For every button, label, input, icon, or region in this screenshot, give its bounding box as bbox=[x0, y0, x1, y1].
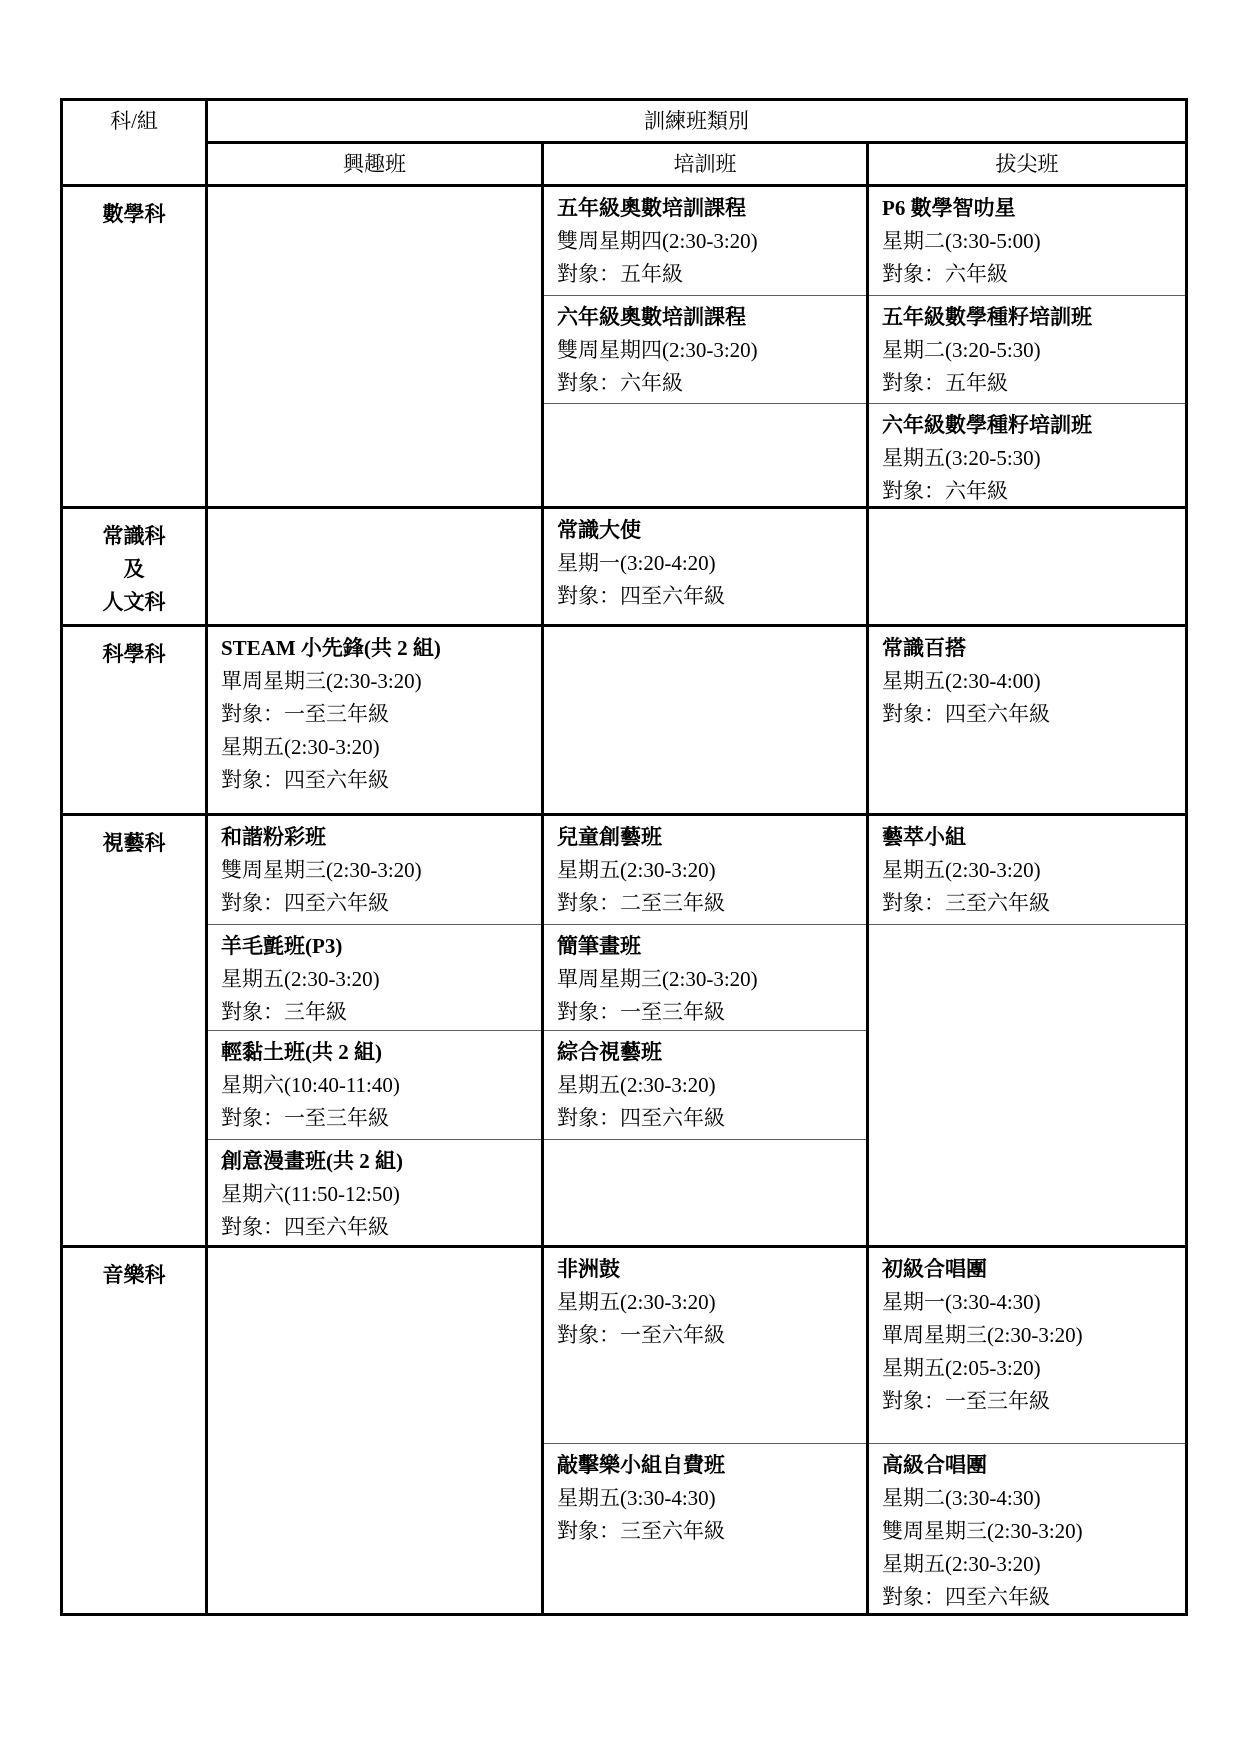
class-title: 六年級奧數培訓課程 bbox=[557, 301, 858, 334]
class-cell: 藝萃小組星期五(2:30-3:20)對象：三至六年級 bbox=[869, 816, 1185, 925]
class-schedule-line: 對象：一至六年級 bbox=[557, 1319, 858, 1352]
document-page: 科/組 訓練班類別 興趣班 培訓班 拔尖班 數學科五年級奧數培訓課程雙周星期四(… bbox=[0, 0, 1240, 1755]
class-cell: 六年級數學種籽培訓班星期五(3:20-5:30)對象：六年級 bbox=[869, 404, 1185, 506]
subject-label: 及 bbox=[63, 553, 205, 586]
class-title: 輕黏土班(共 2 組) bbox=[221, 1036, 533, 1069]
class-schedule-line: 對象：四至六年級 bbox=[221, 764, 533, 797]
category-cell: 常識大使星期一(3:20-4:20)對象：四至六年級 bbox=[543, 508, 868, 626]
class-schedule-line: 對象：三年級 bbox=[221, 996, 533, 1029]
class-title: 兒童創藝班 bbox=[557, 821, 858, 854]
subject-label: 人文科 bbox=[63, 586, 205, 619]
subject-cell: 音樂科 bbox=[62, 1247, 207, 1615]
class-cell bbox=[544, 404, 866, 506]
category-cell bbox=[207, 186, 543, 508]
class-cell: 常識百搭星期五(2:30-4:00)對象：四至六年級 bbox=[869, 627, 1185, 813]
category-cell bbox=[543, 626, 868, 815]
category-cell: 五年級奧數培訓課程雙周星期四(2:30-3:20)對象：五年級六年級奧數培訓課程… bbox=[543, 186, 868, 508]
category-cell: 和諧粉彩班雙周星期三(2:30-3:20)對象：四至六年級羊毛氈班(P3)星期五… bbox=[207, 815, 543, 1247]
class-title: 創意漫畫班(共 2 組) bbox=[221, 1145, 533, 1178]
class-schedule-line: 對象：三至六年級 bbox=[557, 1515, 858, 1548]
class-cell bbox=[208, 1248, 541, 1613]
class-cell: 和諧粉彩班雙周星期三(2:30-3:20)對象：四至六年級 bbox=[208, 816, 541, 925]
subject-label: 常識科 bbox=[63, 520, 205, 553]
class-title: 羊毛氈班(P3) bbox=[221, 930, 533, 963]
class-schedule-line: 雙周星期三(2:30-3:20) bbox=[221, 854, 533, 887]
class-cell: 非洲鼓星期五(2:30-3:20)對象：一至六年級 bbox=[544, 1248, 866, 1444]
class-title: 高級合唱團 bbox=[882, 1449, 1177, 1482]
class-cell: 五年級奧數培訓課程雙周星期四(2:30-3:20)對象：五年級 bbox=[544, 187, 866, 296]
class-schedule-line: 對象：四至六年級 bbox=[221, 1211, 533, 1244]
class-schedule-line: 對象：一至三年級 bbox=[221, 698, 533, 731]
category-cell bbox=[868, 508, 1187, 626]
table-row: 科學科STEAM 小先鋒(共 2 組)單周星期三(2:30-3:20)對象：一至… bbox=[62, 626, 1187, 815]
class-schedule-line: 對象：六年級 bbox=[557, 367, 858, 400]
category-cell bbox=[207, 1247, 543, 1615]
class-schedule-line: 對象：五年級 bbox=[882, 367, 1177, 400]
subject-cell: 常識科及人文科 bbox=[62, 508, 207, 626]
class-schedule-line: 星期六(11:50-12:50) bbox=[221, 1178, 533, 1211]
class-cell bbox=[544, 627, 866, 813]
class-schedule-line: 星期五(2:30-3:20) bbox=[882, 854, 1177, 887]
class-schedule-line: 雙周星期四(2:30-3:20) bbox=[557, 334, 858, 367]
class-schedule-line: 單周星期三(2:30-3:20) bbox=[882, 1319, 1177, 1352]
class-title: 非洲鼓 bbox=[557, 1253, 858, 1286]
header-row-1: 科/組 訓練班類別 bbox=[62, 100, 1187, 143]
class-title: 六年級數學種籽培訓班 bbox=[882, 409, 1177, 442]
subject-cell: 數學科 bbox=[62, 186, 207, 508]
subject-cell: 視藝科 bbox=[62, 815, 207, 1247]
class-schedule-line: 星期五(2:30-3:20) bbox=[221, 731, 533, 764]
class-schedule-line: 星期二(3:30-5:00) bbox=[882, 225, 1177, 258]
class-cell: 簡筆畫班單周星期三(2:30-3:20)對象：一至三年級 bbox=[544, 925, 866, 1031]
class-cell: 常識大使星期一(3:20-4:20)對象：四至六年級 bbox=[544, 509, 866, 624]
category-cell bbox=[207, 508, 543, 626]
class-schedule-line: 星期二(3:20-5:30) bbox=[882, 334, 1177, 367]
class-schedule-line: 對象：四至六年級 bbox=[882, 1581, 1177, 1613]
class-title: 綜合視藝班 bbox=[557, 1036, 858, 1069]
class-title: P6 數學智叻星 bbox=[882, 192, 1177, 225]
class-schedule-line: 星期二(3:30-4:30) bbox=[882, 1482, 1177, 1515]
class-title: 五年級奧數培訓課程 bbox=[557, 192, 858, 225]
class-cell: 綜合視藝班星期五(2:30-3:20)對象：四至六年級 bbox=[544, 1031, 866, 1140]
class-title: 和諧粉彩班 bbox=[221, 821, 533, 854]
class-schedule-line: 對象：六年級 bbox=[882, 258, 1177, 291]
class-schedule-line: 對象：四至六年級 bbox=[221, 887, 533, 920]
subject-cell: 科學科 bbox=[62, 626, 207, 815]
class-schedule-line: 星期五(2:30-3:20) bbox=[557, 1286, 858, 1319]
class-schedule-line: 對象：六年級 bbox=[882, 475, 1177, 506]
class-title: STEAM 小先鋒(共 2 組) bbox=[221, 632, 533, 665]
category-cell: 兒童創藝班星期五(2:30-3:20)對象：二至三年級簡筆畫班單周星期三(2:3… bbox=[543, 815, 868, 1247]
class-schedule-line: 星期五(2:30-4:00) bbox=[882, 665, 1177, 698]
class-title: 簡筆畫班 bbox=[557, 930, 858, 963]
class-schedule-line: 對象：二至三年級 bbox=[557, 887, 858, 920]
class-title: 初級合唱團 bbox=[882, 1253, 1177, 1286]
class-cell: 高級合唱團星期二(3:30-4:30)雙周星期三(2:30-3:20)星期五(2… bbox=[869, 1444, 1185, 1613]
corner-header: 科/組 bbox=[62, 100, 207, 186]
class-cell bbox=[208, 509, 541, 624]
column-header-interest: 興趣班 bbox=[207, 143, 543, 186]
category-cell: 初級合唱團星期一(3:30-4:30)單周星期三(2:30-3:20)星期五(2… bbox=[868, 1247, 1187, 1615]
class-cell: 初級合唱團星期一(3:30-4:30)單周星期三(2:30-3:20)星期五(2… bbox=[869, 1248, 1185, 1444]
class-schedule-line: 對象：四至六年級 bbox=[557, 580, 858, 613]
class-cell bbox=[869, 509, 1185, 624]
group-header: 訓練班類別 bbox=[207, 100, 1187, 143]
class-schedule-line: 對象：一至三年級 bbox=[221, 1102, 533, 1135]
class-schedule-line: 星期五(2:30-3:20) bbox=[557, 1069, 858, 1102]
class-cell: STEAM 小先鋒(共 2 組)單周星期三(2:30-3:20)對象：一至三年級… bbox=[208, 627, 541, 813]
subject-label: 科學科 bbox=[63, 638, 205, 671]
table-row: 數學科五年級奧數培訓課程雙周星期四(2:30-3:20)對象：五年級六年級奧數培… bbox=[62, 186, 1187, 508]
class-schedule-line: 星期一(3:20-4:20) bbox=[557, 547, 858, 580]
class-title: 五年級數學種籽培訓班 bbox=[882, 301, 1177, 334]
subject-label: 視藝科 bbox=[63, 827, 205, 860]
class-cell: 六年級奧數培訓課程雙周星期四(2:30-3:20)對象：六年級 bbox=[544, 296, 866, 404]
class-schedule-line: 雙周星期三(2:30-3:20) bbox=[882, 1515, 1177, 1548]
subject-label: 數學科 bbox=[63, 198, 205, 231]
class-schedule-line: 對象：四至六年級 bbox=[557, 1102, 858, 1135]
class-cell bbox=[208, 187, 541, 506]
class-schedule-line: 星期五(2:05-3:20) bbox=[882, 1352, 1177, 1385]
class-schedule-line: 星期六(10:40-11:40) bbox=[221, 1069, 533, 1102]
category-cell: 非洲鼓星期五(2:30-3:20)對象：一至六年級敲擊樂小組自費班星期五(3:3… bbox=[543, 1247, 868, 1615]
class-title: 藝萃小組 bbox=[882, 821, 1177, 854]
class-schedule-line: 對象：一至三年級 bbox=[557, 996, 858, 1029]
class-schedule-line: 對象：四至六年級 bbox=[882, 698, 1177, 731]
class-schedule-line: 對象：五年級 bbox=[557, 258, 858, 291]
class-schedule-line: 星期五(2:30-3:20) bbox=[557, 854, 858, 887]
class-cell bbox=[869, 925, 1185, 1245]
class-schedule-line: 對象：三至六年級 bbox=[882, 887, 1177, 920]
table-row: 常識科及人文科常識大使星期一(3:20-4:20)對象：四至六年級 bbox=[62, 508, 1187, 626]
class-schedule-line: 對象：一至三年級 bbox=[882, 1385, 1177, 1418]
class-cell: 敲擊樂小組自費班星期五(3:30-4:30)對象：三至六年級 bbox=[544, 1444, 866, 1613]
class-cell: 五年級數學種籽培訓班星期二(3:20-5:30)對象：五年級 bbox=[869, 296, 1185, 404]
class-title: 常識百搭 bbox=[882, 632, 1177, 665]
class-title: 敲擊樂小組自費班 bbox=[557, 1449, 858, 1482]
category-cell: 常識百搭星期五(2:30-4:00)對象：四至六年級 bbox=[868, 626, 1187, 815]
training-class-table: 科/組 訓練班類別 興趣班 培訓班 拔尖班 數學科五年級奧數培訓課程雙周星期四(… bbox=[60, 98, 1188, 1616]
class-schedule-line: 星期一(3:30-4:30) bbox=[882, 1286, 1177, 1319]
subject-label: 音樂科 bbox=[63, 1259, 205, 1292]
class-cell: 羊毛氈班(P3)星期五(2:30-3:20)對象：三年級 bbox=[208, 925, 541, 1031]
class-cell: 兒童創藝班星期五(2:30-3:20)對象：二至三年級 bbox=[544, 816, 866, 925]
class-schedule-line: 星期五(2:30-3:20) bbox=[882, 1548, 1177, 1581]
category-cell: 藝萃小組星期五(2:30-3:20)對象：三至六年級 bbox=[868, 815, 1187, 1247]
class-schedule-line: 單周星期三(2:30-3:20) bbox=[557, 963, 858, 996]
class-cell: 創意漫畫班(共 2 組)星期六(11:50-12:50)對象：四至六年級 bbox=[208, 1140, 541, 1245]
category-cell: P6 數學智叻星星期二(3:30-5:00)對象：六年級五年級數學種籽培訓班星期… bbox=[868, 186, 1187, 508]
class-cell bbox=[544, 1140, 866, 1245]
class-schedule-line: 單周星期三(2:30-3:20) bbox=[221, 665, 533, 698]
column-header-training: 培訓班 bbox=[543, 143, 868, 186]
table-row: 音樂科非洲鼓星期五(2:30-3:20)對象：一至六年級敲擊樂小組自費班星期五(… bbox=[62, 1247, 1187, 1615]
class-schedule-line: 星期五(3:30-4:30) bbox=[557, 1482, 858, 1515]
header-row-2: 興趣班 培訓班 拔尖班 bbox=[62, 143, 1187, 186]
class-schedule-line: 雙周星期四(2:30-3:20) bbox=[557, 225, 858, 258]
class-schedule-line: 星期五(3:20-5:30) bbox=[882, 442, 1177, 475]
category-cell: STEAM 小先鋒(共 2 組)單周星期三(2:30-3:20)對象：一至三年級… bbox=[207, 626, 543, 815]
class-cell: P6 數學智叻星星期二(3:30-5:00)對象：六年級 bbox=[869, 187, 1185, 296]
column-header-elite: 拔尖班 bbox=[868, 143, 1187, 186]
class-title: 常識大使 bbox=[557, 514, 858, 547]
class-schedule-line: 星期五(2:30-3:20) bbox=[221, 963, 533, 996]
table-row: 視藝科和諧粉彩班雙周星期三(2:30-3:20)對象：四至六年級羊毛氈班(P3)… bbox=[62, 815, 1187, 1247]
class-cell: 輕黏土班(共 2 組)星期六(10:40-11:40)對象：一至三年級 bbox=[208, 1031, 541, 1140]
